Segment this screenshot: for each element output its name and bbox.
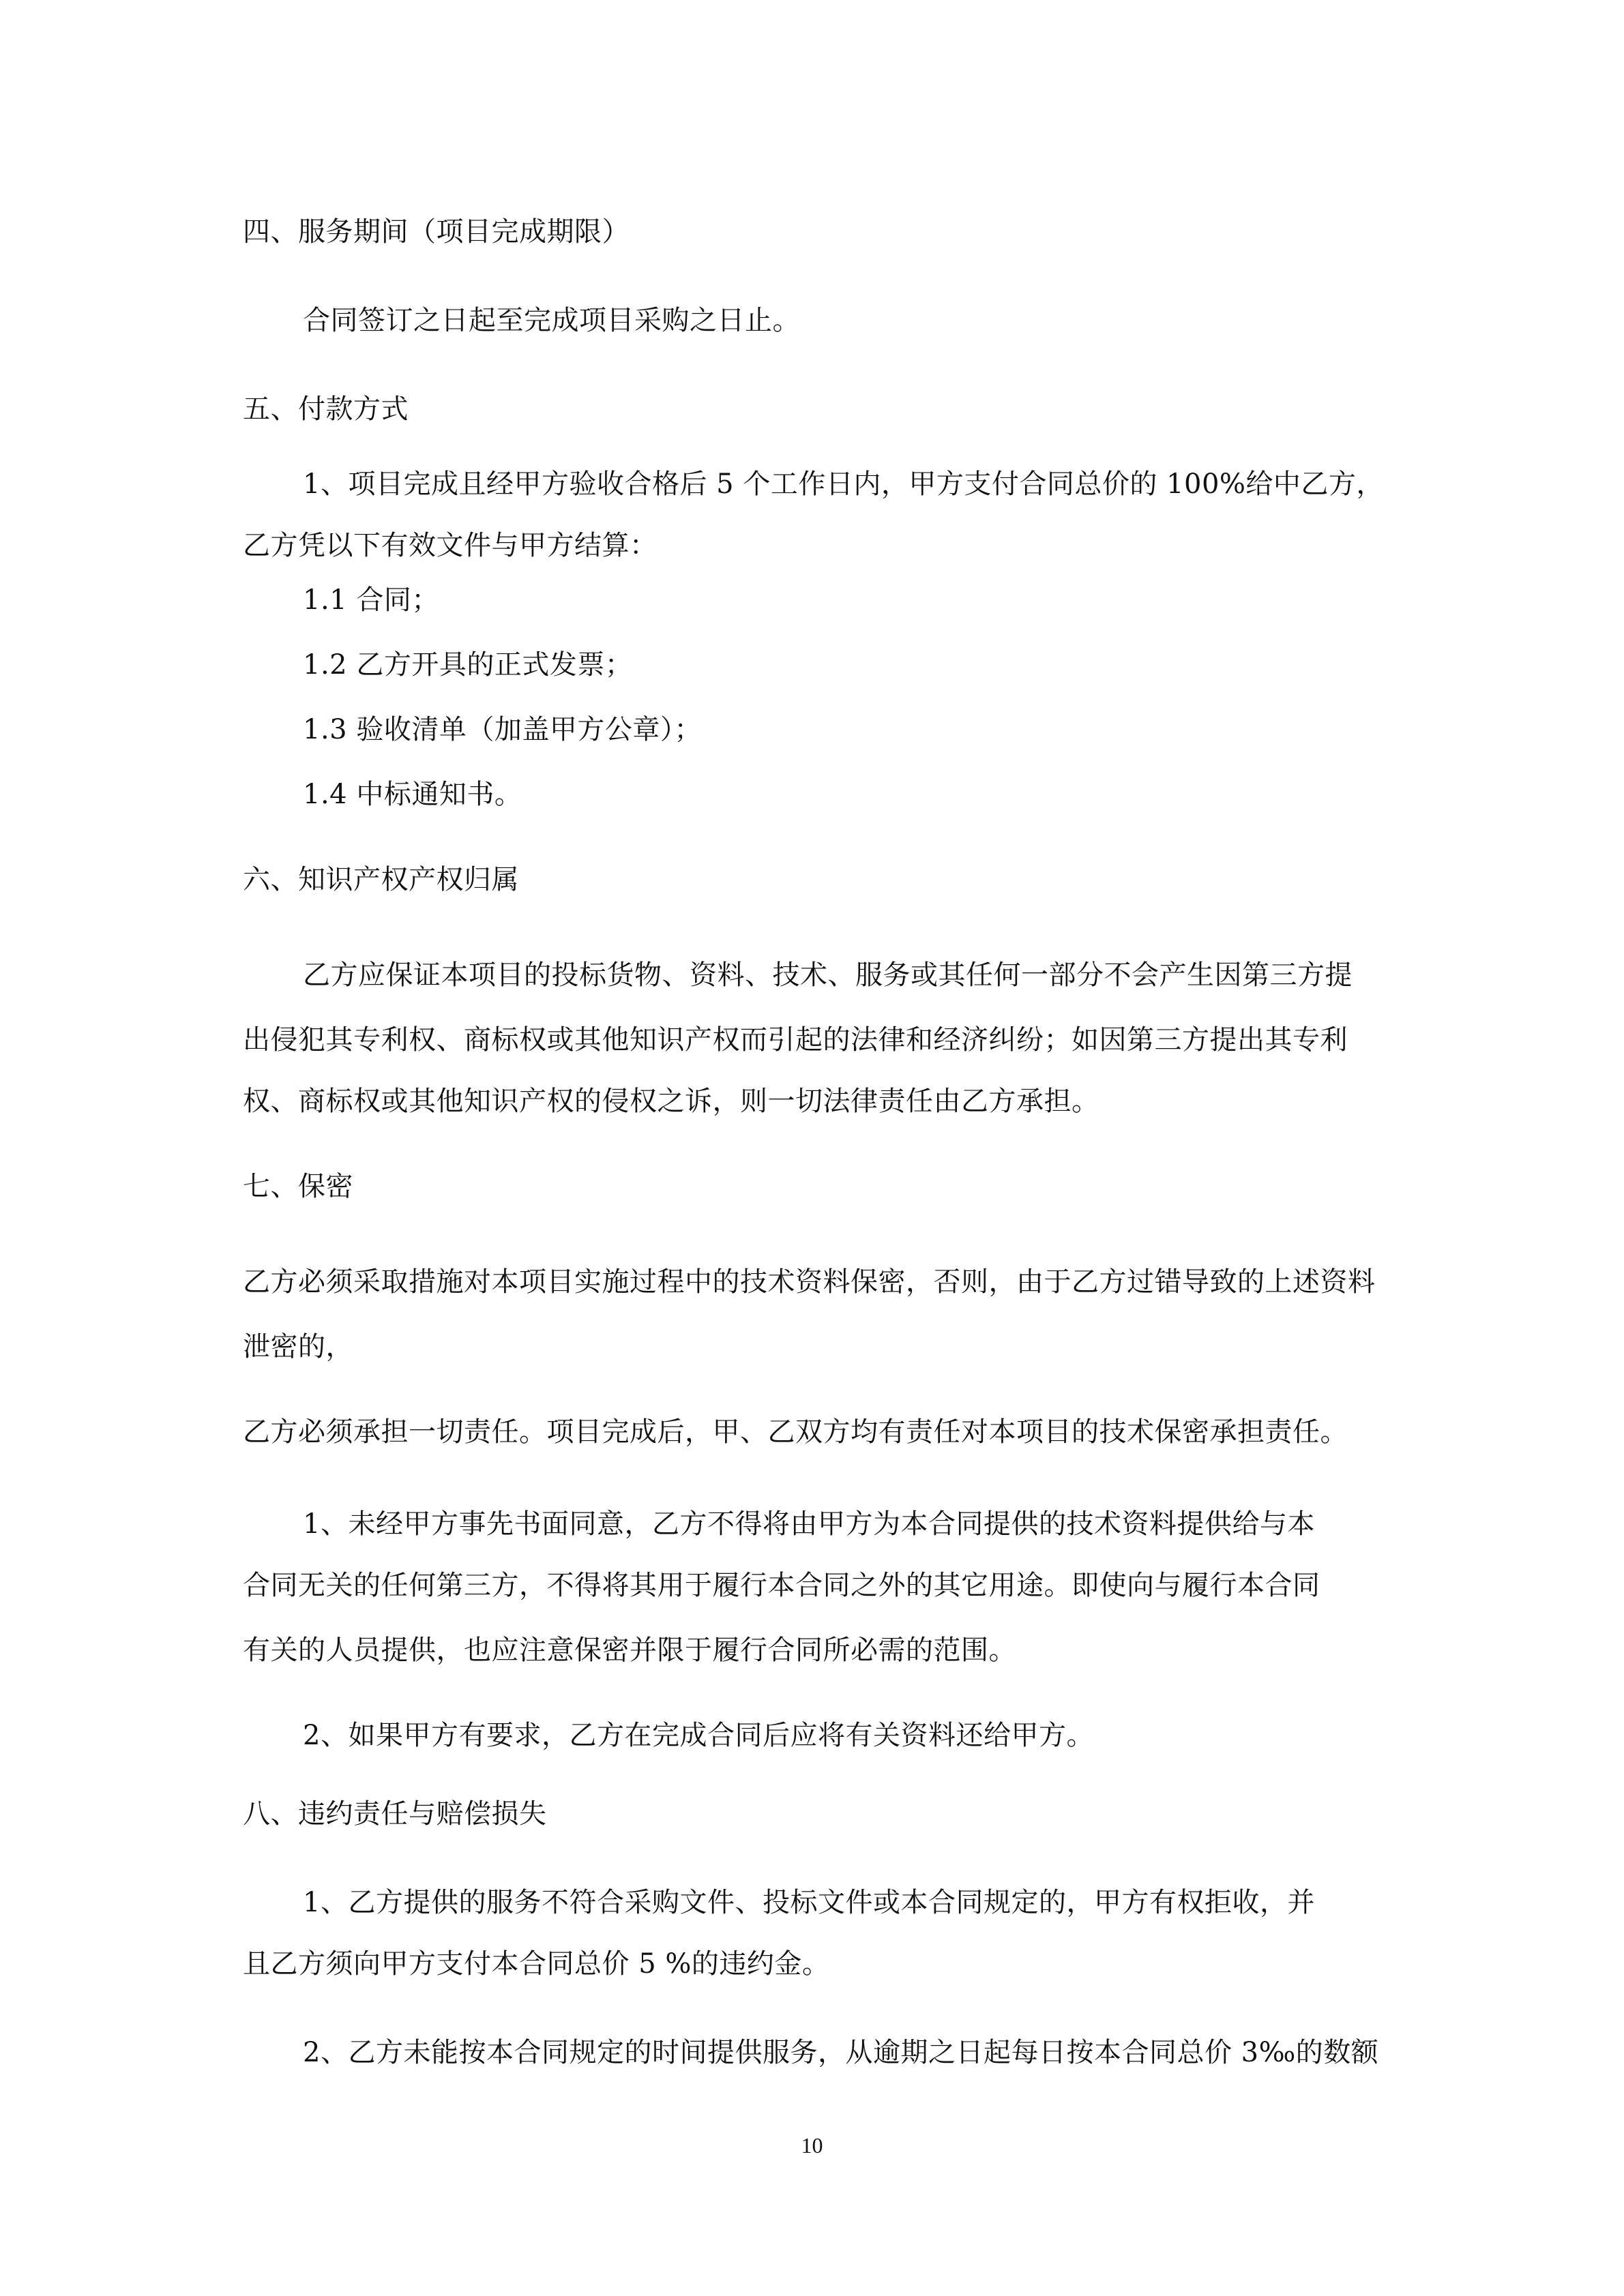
paragraph-confidentiality-line-3: 乙方必须承担一切责任。项目完成后，甲、乙双方均有责任对本项目的技术保密承担责任。 (243, 1416, 1348, 1448)
paragraph-ip-line-2: 出侵犯其专利权、商标权或其他知识产权而引起的法律和经济纠纷；如因第三方提出其专利 (243, 1024, 1348, 1056)
list-item-payment-1-1: 1.1 合同； (303, 584, 439, 616)
section-heading-confidentiality: 七、保密 (243, 1170, 353, 1203)
section-heading-liability: 八、违约责任与赔偿损失 (243, 1798, 547, 1830)
list-item-payment-1-2: 1.2 乙方开具的正式发票； (303, 648, 632, 681)
paragraph-liability-item-1: 1、乙方提供的服务不符合采购文件、投标文件或本合同规定的，甲方有权拒收，并 (303, 1886, 1315, 1919)
paragraph-payment-1-cont: 乙方凭以下有效文件与甲方结算： (243, 529, 658, 562)
paragraph-liability-item-2: 2、乙方未能按本合同规定的时间提供服务，从逾期之日起每日按本合同总价 3‰的数额 (303, 2036, 1378, 2069)
paragraph-payment-1: 1、项目完成且经甲方验收合格后 5 个工作日内，甲方支付合同总价的 100%给中… (303, 468, 1384, 501)
paragraph-confidentiality-line-2: 泄密的， (243, 1330, 353, 1363)
section-heading-service-period: 四、服务期间（项目完成期限） (243, 215, 630, 248)
section-heading-payment-method: 五、付款方式 (243, 393, 409, 426)
paragraph-confidentiality-item-2: 2、如果甲方有要求，乙方在完成合同后应将有关资料还给甲方。 (303, 1719, 1094, 1752)
paragraph-confidentiality-item-1-cont2: 有关的人员提供，也应注意保密并限于履行合同所必需的范围。 (243, 1634, 1016, 1667)
paragraph-confidentiality-item-1: 1、未经甲方事先书面同意，乙方不得将由甲方为本合同提供的技术资料提供给与本 (303, 1508, 1315, 1540)
paragraph-ip-line-3: 权、商标权或其他知识产权的侵权之诉，则一切法律责任由乙方承担。 (243, 1085, 1099, 1118)
list-item-payment-1-3: 1.3 验收清单（加盖甲方公章）； (303, 713, 702, 746)
section-heading-ip-ownership: 六、知识产权产权归属 (243, 863, 519, 896)
paragraph-liability-item-1-cont: 且乙方须向甲方支付本合同总价 5 %的违约金。 (243, 1948, 829, 1980)
page-number: 10 (0, 2132, 1624, 2159)
paragraph-confidentiality-item-1-cont: 合同无关的任何第三方，不得将其用于履行本合同之外的其它用途。即使向与履行本合同 (243, 1569, 1320, 1602)
paragraph-service-period: 合同签订之日起至完成项目采购之日止。 (303, 304, 800, 337)
paragraph-confidentiality-line-1: 乙方必须采取措施对本项目实施过程中的技术资料保密，否则，由于乙方过错导致的上述资… (243, 1266, 1376, 1298)
list-item-payment-1-4: 1.4 中标通知书。 (303, 778, 522, 811)
paragraph-ip-line-1: 乙方应保证本项目的投标货物、资料、技术、服务或其任何一部分不会产生因第三方提 (303, 959, 1353, 992)
